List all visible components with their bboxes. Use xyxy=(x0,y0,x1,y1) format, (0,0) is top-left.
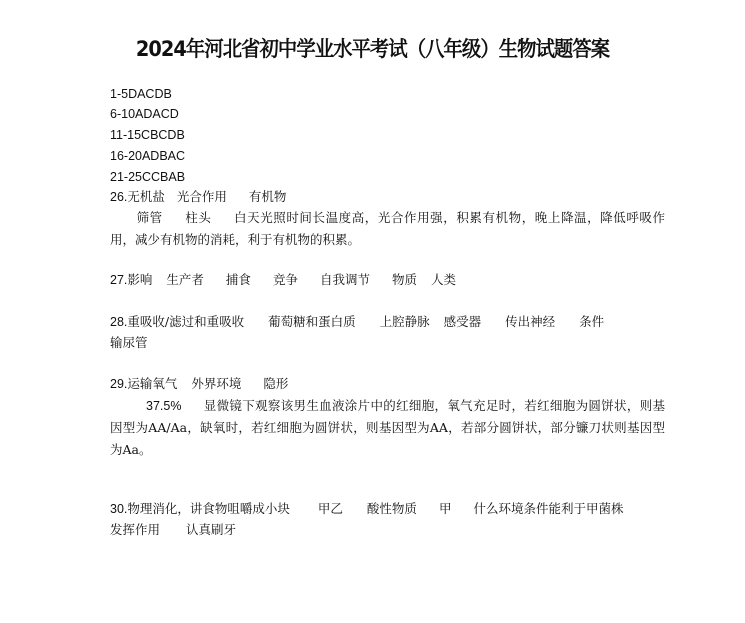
q26-number: 26. xyxy=(110,190,127,204)
q26-explanation: 筛管柱头白天光照时间长温度高，光合作用强，积累有机物，晚上降温，降低呼吸作用，减… xyxy=(110,207,665,251)
q29-answers: 29.运输氧气外界环境隐形 xyxy=(110,376,288,392)
choice-answers-5: 21-25CCBAB xyxy=(110,169,185,185)
q30-answer-continuation: 发挥作用 xyxy=(110,522,160,537)
q26-answers: 26.无机盐光合作用有机物 xyxy=(110,189,286,205)
choice-answers-4: 16-20ADBAC xyxy=(110,148,185,164)
document-title: 2024年河北省初中学业水平考试（八年级）生物试题答案 xyxy=(30,33,715,63)
q28-answers: 28.重吸收/滤过和重吸收葡萄糖和蛋白质上腔静脉感受器传出神经条件 xyxy=(110,314,604,330)
choice-answers-3: 11-15CBCDB xyxy=(110,127,185,143)
q27-answers: 27.影响生产者捕食竞争自我调节物质人类 xyxy=(110,272,456,288)
q28-line2: 输尿管 xyxy=(110,335,148,351)
choice-answers-2: 6-10ADACD xyxy=(110,106,179,122)
q30-line2: 发挥作用 认真刷牙 xyxy=(110,522,236,538)
q30-answers: 30.物理消化，讲食物咀嚼成小块甲乙酸性物质甲什么环境条件能利于甲菌株 xyxy=(110,501,623,517)
q29-explanation: 37.5%显微镜下观察该男生血液涂片中的红细胞，氧气充足时，若红细胞为圆饼状，则… xyxy=(110,395,665,461)
choice-answers-1: 1-5DACDB xyxy=(110,86,172,102)
